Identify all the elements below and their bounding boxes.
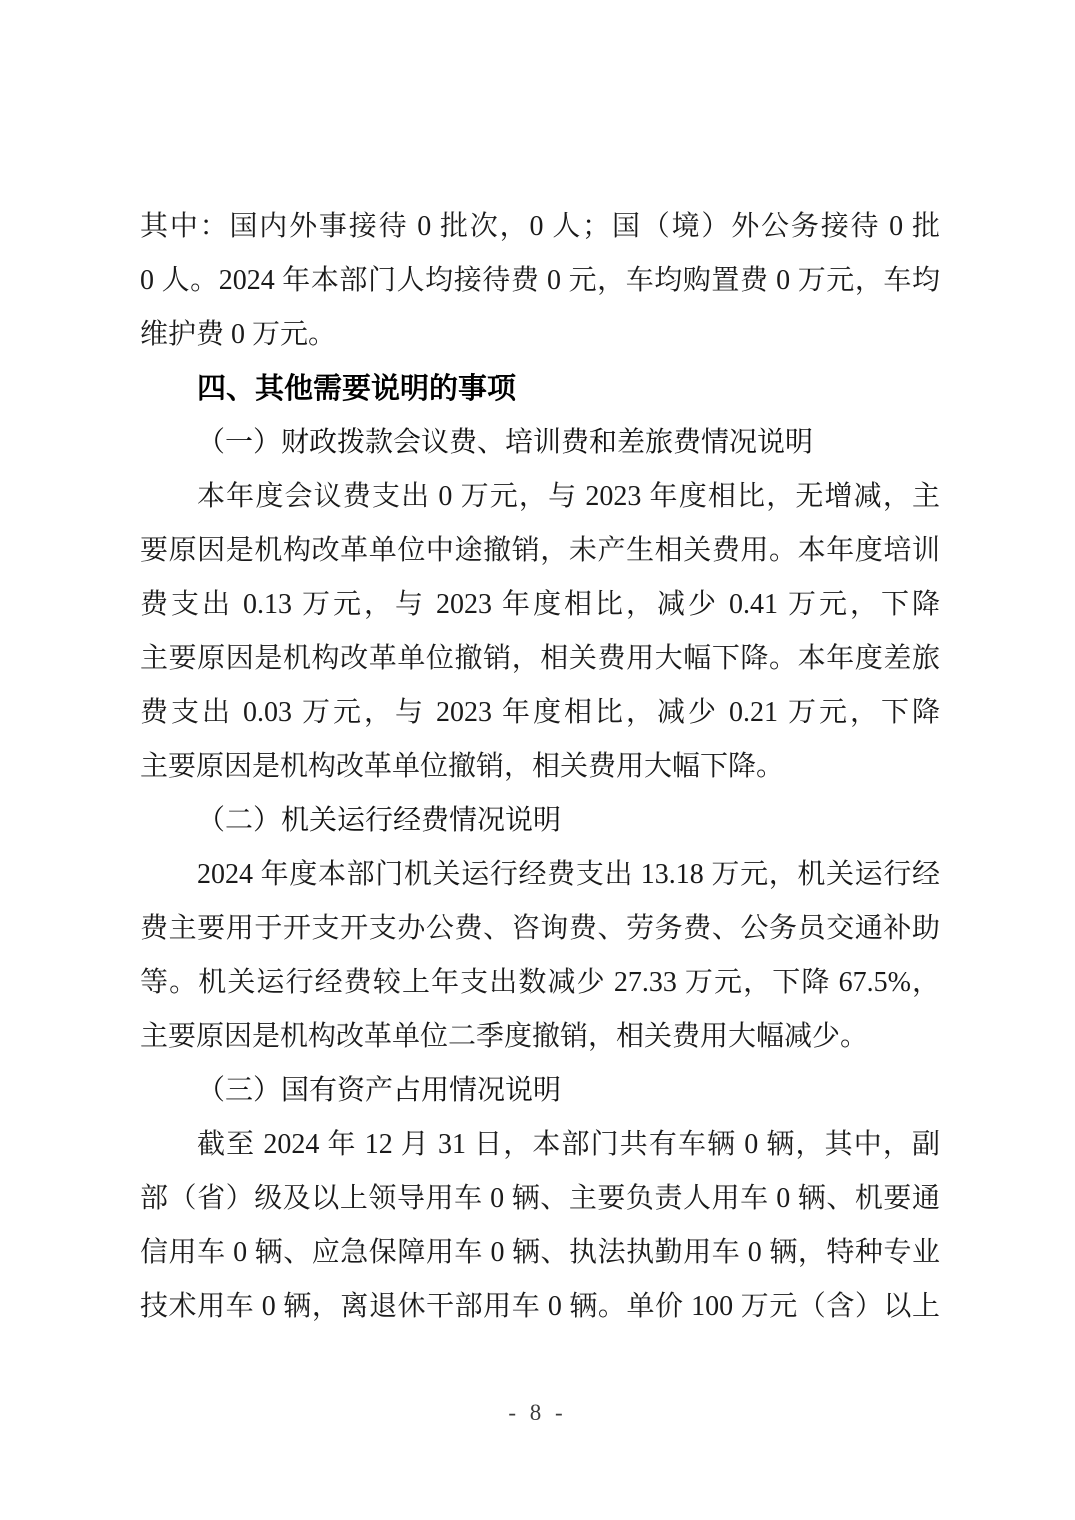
document-page: 其中：国内外事接待 0 批次，0 人；国（境）外公务接待 0 批次， 0 人。2…	[0, 0, 1075, 1520]
section-heading: 四、其他需要说明的事项	[140, 362, 940, 416]
body-line: 截至 2024 年 12 月 31 日，本部门共有车辆 0 辆，其中，副	[140, 1118, 940, 1172]
body-line: 主要原因是机构改革单位撤销，相关费用大幅下降。	[140, 740, 940, 794]
body-line: 本年度会议费支出 0 万元，与 2023 年度相比，无增减，主	[140, 470, 940, 524]
body-line: 2024 年度本部门机关运行经费支出 13.18 万元，机关运行经	[140, 848, 940, 902]
body-line: 其中：国内外事接待 0 批次，0 人；国（境）外公务接待 0 批次，	[140, 200, 940, 254]
body-line: 信用车 0 辆、应急保障用车 0 辆、执法执勤用车 0 辆，特种专业	[140, 1226, 940, 1280]
document-body: 其中：国内外事接待 0 批次，0 人；国（境）外公务接待 0 批次， 0 人。2…	[140, 200, 940, 1334]
body-line: 费支出 0.13 万元，与 2023 年度相比，减少 0.41 万元，下降 75…	[140, 578, 940, 632]
body-line: 要原因是机构改革单位中途撤销，未产生相关费用。本年度培训	[140, 524, 940, 578]
body-line: 费主要用于开支开支办公费、咨询费、劳务费、公务员交通补助	[140, 902, 940, 956]
body-line: 维护费 0 万元。	[140, 308, 940, 362]
body-line: 部（省）级及以上领导用车 0 辆、主要负责人用车 0 辆、机要通	[140, 1172, 940, 1226]
body-line: 主要原因是机构改革单位二季度撤销，相关费用大幅减少。	[140, 1010, 940, 1064]
body-line: 费支出 0.03 万元，与 2023 年度相比，减少 0.21 万元，下降 87…	[140, 686, 940, 740]
body-line: 技术用车 0 辆，离退休干部用车 0 辆。单价 100 万元（含）以上	[140, 1280, 940, 1334]
subsection-heading: （一）财政拨款会议费、培训费和差旅费情况说明	[140, 416, 940, 470]
subsection-heading: （三）国有资产占用情况说明	[140, 1064, 940, 1118]
body-line: 主要原因是机构改革单位撤销，相关费用大幅下降。本年度差旅	[140, 632, 940, 686]
page-number: - 8 -	[0, 1398, 1075, 1428]
body-line: 0 人。2024 年本部门人均接待费 0 元，车均购置费 0 万元，车均	[140, 254, 940, 308]
body-line: 等。机关运行经费较上年支出数减少 27.33 万元，下降 67.5%，	[140, 956, 940, 1010]
subsection-heading: （二）机关运行经费情况说明	[140, 794, 940, 848]
